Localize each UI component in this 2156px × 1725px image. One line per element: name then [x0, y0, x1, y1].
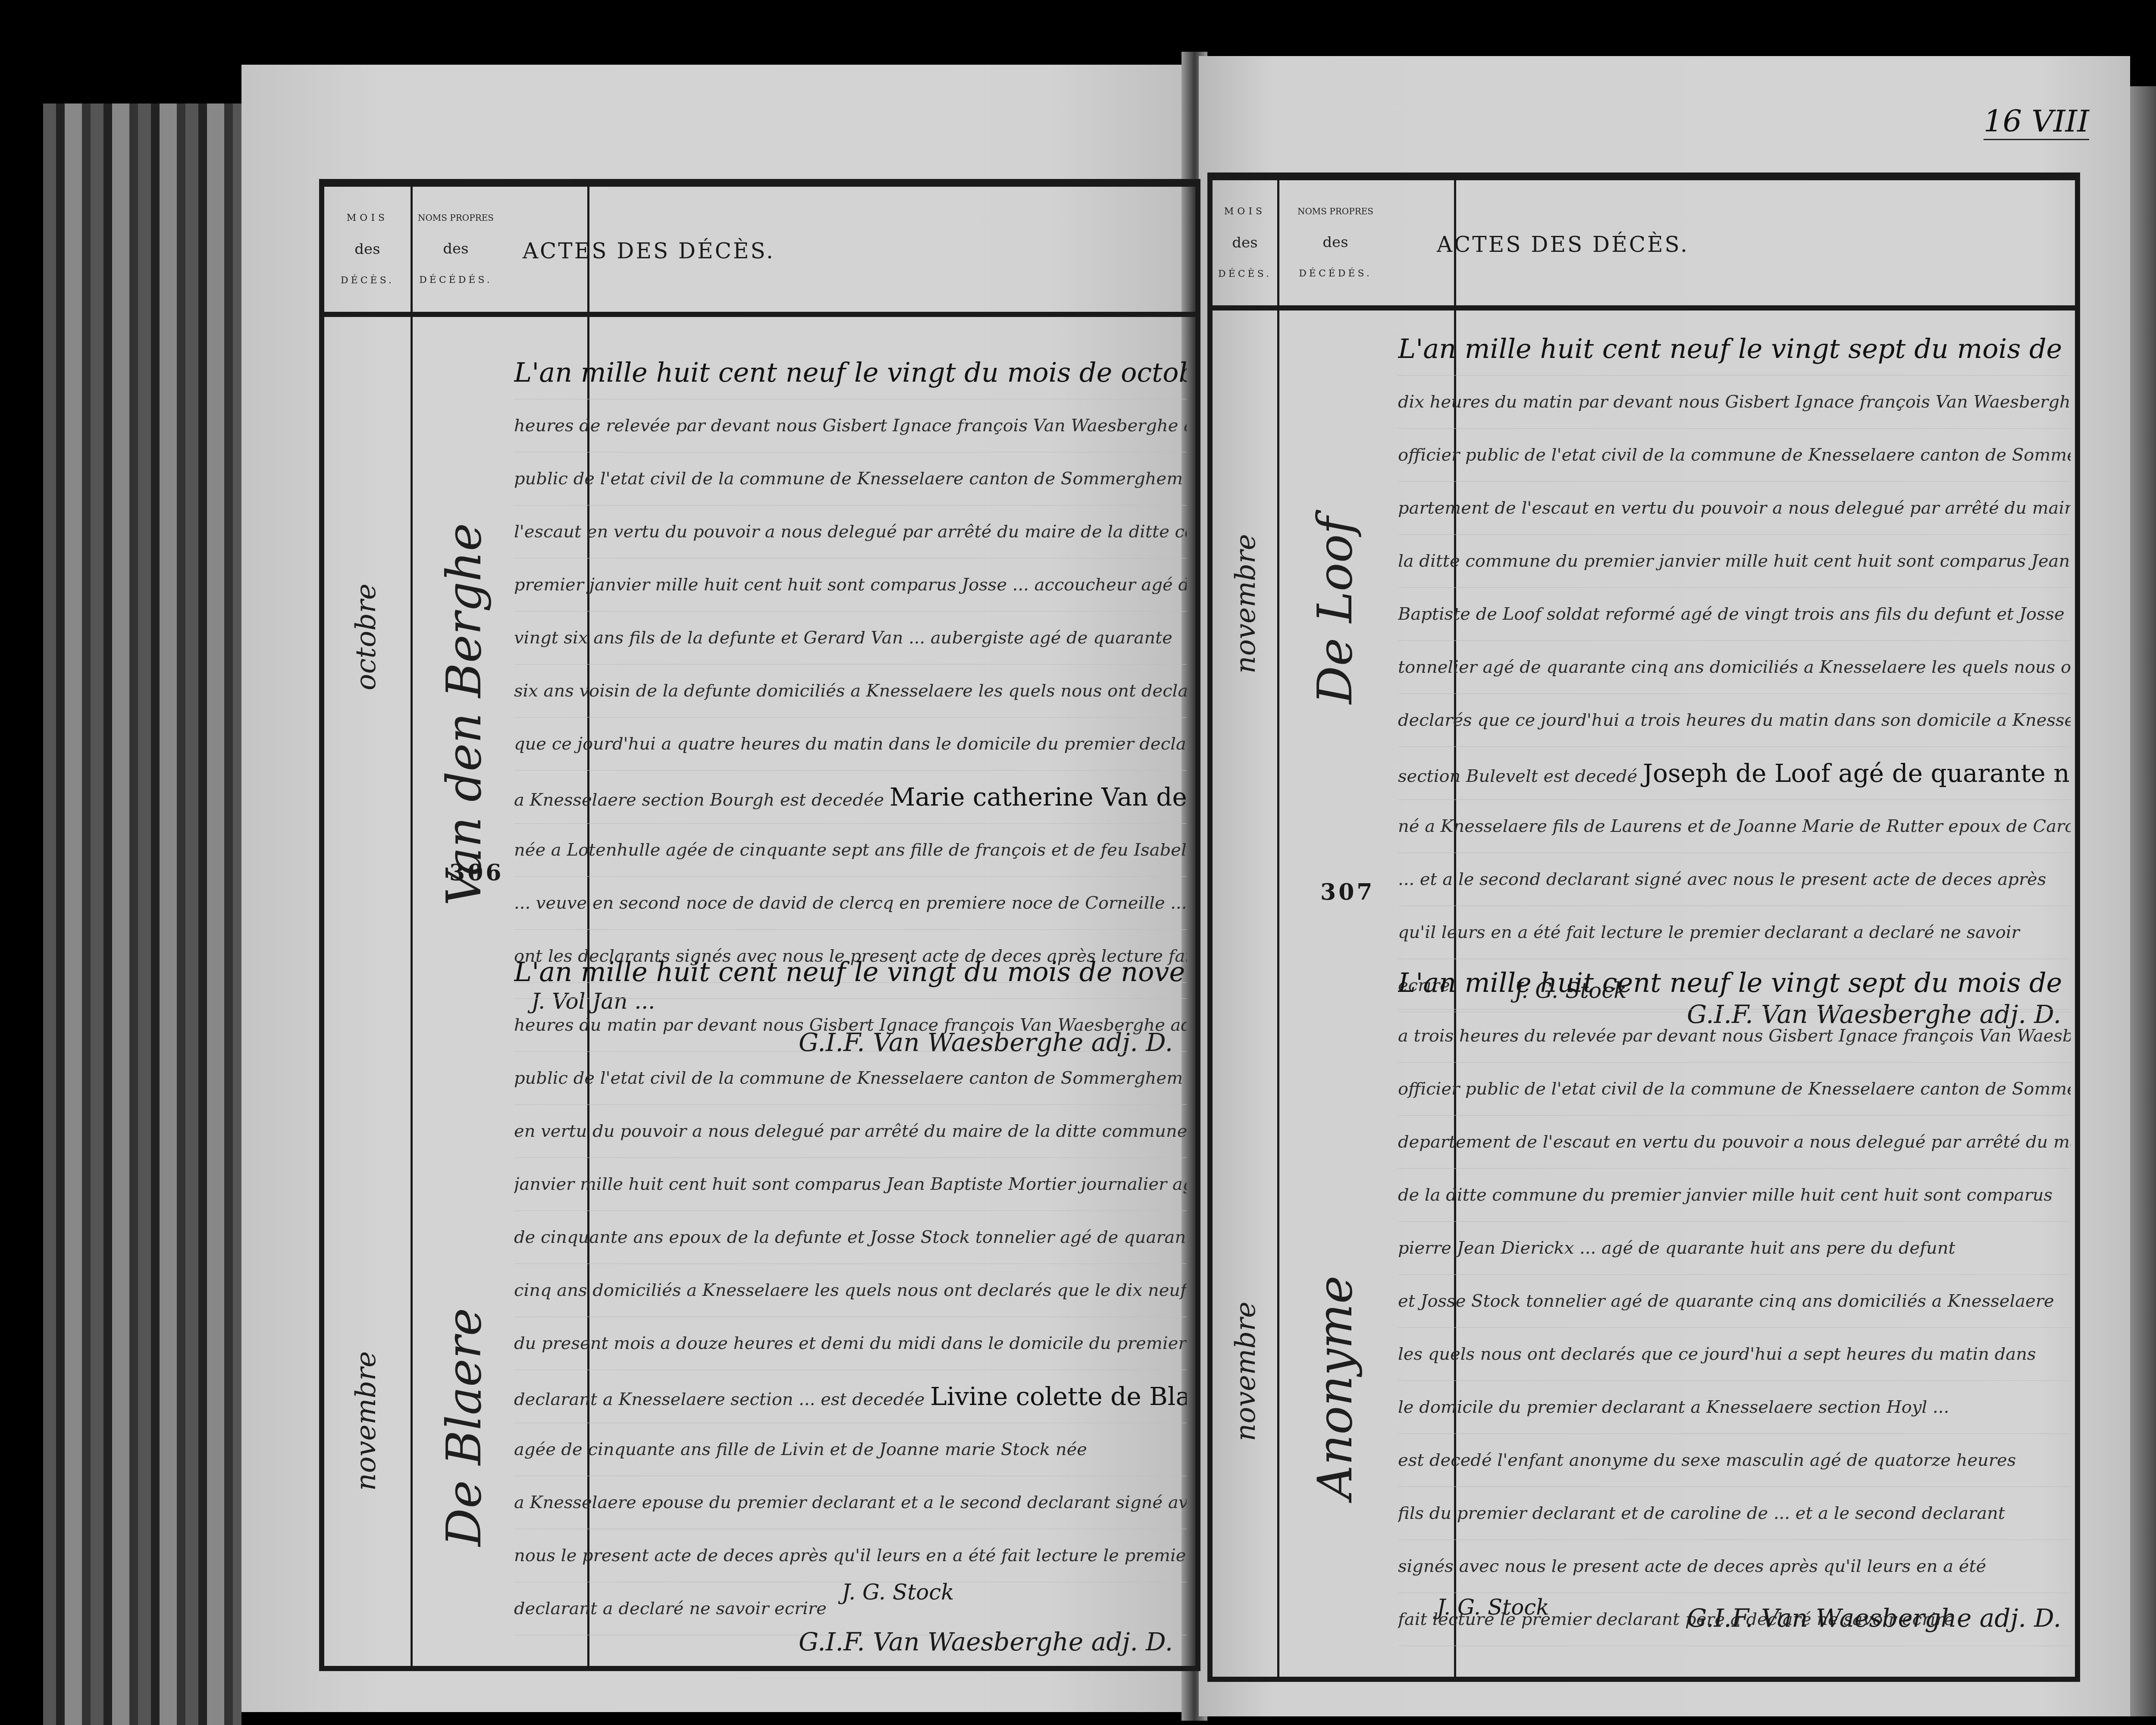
book-page-edges-left — [43, 103, 241, 1725]
header-mois: MOIS des DÉCÈS. — [1213, 206, 1277, 279]
header-mois: MOIS des DÉCÈS. — [324, 213, 411, 286]
officer-signature: G.I.F. Van Waesberghe adj. D. — [799, 1627, 1173, 1656]
header-noms: NOMS PROPRES des DÉCÉDÉS. — [413, 213, 499, 285]
entry-deceased-name: Anonyme — [1307, 1276, 1363, 1499]
entry-deceased-name: Van den Berghe — [436, 523, 492, 906]
deceased-name: Joseph de Loof agé de quarante neuf ans — [1643, 759, 2071, 788]
entry-month: novembre — [1230, 534, 1262, 674]
death-record-307: L'an mille huit cent neuf le vingt sept … — [1398, 323, 2071, 1012]
deceased-name: Marie catherine Van den Berghe — [890, 782, 1187, 812]
death-record-anonyme: L'an mille huit cent neuf le vingt sept … — [1398, 957, 2071, 1646]
entry-deceased-name: De Loof — [1307, 517, 1363, 704]
death-record-306: L'an mille huit cent neuf le vingt du mo… — [514, 346, 1187, 983]
table-header: MOIS des DÉCÈS. NOMS PROPRES des DÉCÉDÉS… — [1213, 180, 2075, 310]
entry-deceased-name: De Blaere — [436, 1308, 492, 1546]
death-record-de-blaere: L'an mille huit cent neuf le vingt du mo… — [514, 946, 1187, 1635]
month-column — [1213, 180, 1279, 1677]
header-noms: NOMS PROPRES des DÉCÉDÉS. — [1279, 206, 1391, 279]
book-page-edges-right — [2130, 86, 2156, 1716]
table-header: MOIS des DÉCÈS. NOMS PROPRES des DÉCÉDÉS… — [324, 187, 1195, 317]
right-register-table: MOIS des DÉCÈS. NOMS PROPRES des DÉCÉDÉS… — [1207, 172, 2080, 1682]
page-title: ACTES DES DÉCÈS. — [1437, 232, 1689, 257]
entry-number: 307 — [1320, 879, 1375, 905]
entry-number: 306 — [449, 859, 504, 886]
left-register-table: MOIS des DÉCÈS. NOMS PROPRES des DÉCÉDÉS… — [319, 179, 1200, 1671]
officer-signature: G.I.F. Van Waesberghe adj. D. — [1687, 1603, 2061, 1633]
page-title: ACTES DES DÉCÈS. — [523, 238, 775, 263]
entry-month: novembre — [1230, 1302, 1262, 1441]
deceased-name: Livine colette de Blaere — [930, 1382, 1187, 1411]
entry-month: octobre — [350, 583, 382, 690]
entry-month: novembre — [350, 1351, 382, 1491]
declarant-signature: J. G. Stock — [842, 1580, 954, 1605]
folio-number: 16 VIII — [1984, 103, 2089, 140]
declarant-signature: J. G. Stock — [1437, 1595, 1549, 1620]
